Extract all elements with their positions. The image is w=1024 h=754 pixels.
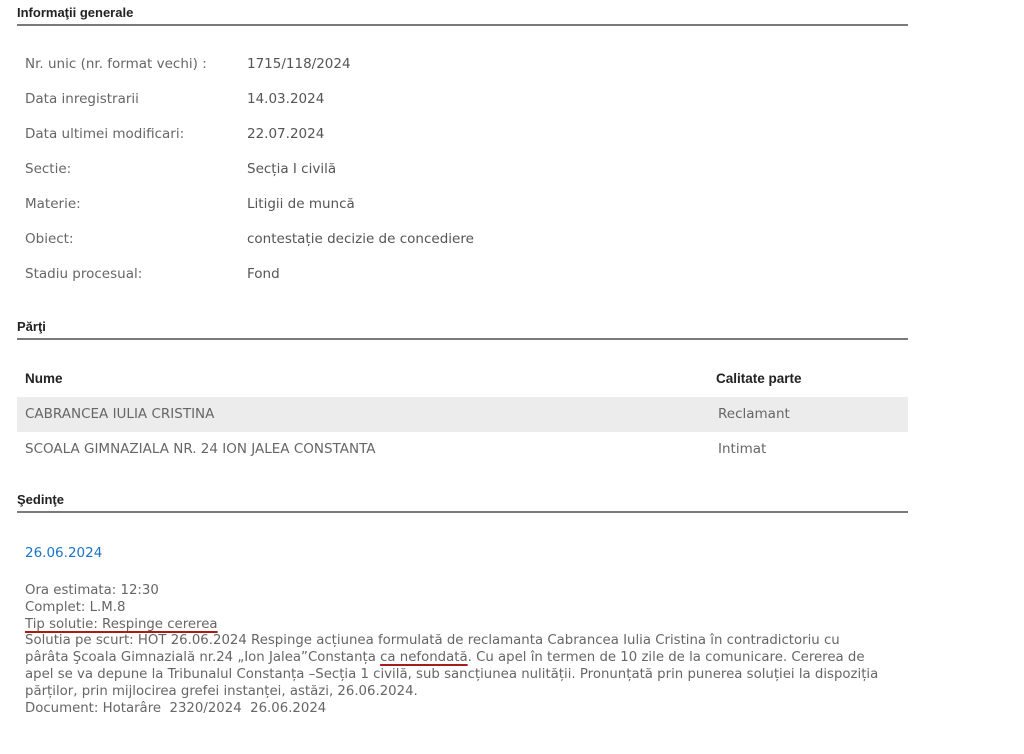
info-value: 14.03.2024 bbox=[247, 91, 324, 107]
info-label: Data inregistrarii bbox=[25, 91, 139, 107]
section-title-parti: Părţi bbox=[17, 319, 908, 340]
document: Document: Hotarâre 2320/2024 26.06.2024 bbox=[25, 701, 885, 718]
ora-estimata: Ora estimata: 12:30 bbox=[25, 583, 885, 600]
info-label: Obiect: bbox=[25, 231, 74, 247]
info-value: 22.07.2024 bbox=[247, 126, 324, 142]
section-title-sedinte: Şedinţe bbox=[17, 492, 908, 513]
section-title-general: Informaţii generale bbox=[17, 5, 908, 26]
info-value: Secția I civilă bbox=[247, 161, 336, 177]
info-value: contestație decizie de concediere bbox=[247, 231, 474, 247]
info-value: Litigii de muncă bbox=[247, 196, 355, 212]
info-label: Materie: bbox=[25, 196, 81, 212]
party-name: SCOALA GIMNAZIALA NR. 24 ION JALEA CONST… bbox=[25, 441, 376, 457]
column-header-nume: Nume bbox=[25, 371, 63, 386]
solutia-text-marked: ca nefondată bbox=[380, 650, 468, 665]
solutia-pe-scurt: Solutia pe scurt: HOT 26.06.2024 Resping… bbox=[25, 633, 885, 700]
table-row: CABRANCEA IULIA CRISTINA Reclamant bbox=[17, 397, 908, 432]
hearing-date-link[interactable]: 26.06.2024 bbox=[25, 545, 102, 561]
party-name: CABRANCEA IULIA CRISTINA bbox=[25, 406, 214, 422]
hearing-details: Ora estimata: 12:30 Complet: L.M.8 Tip s… bbox=[25, 583, 885, 717]
info-label: Sectie: bbox=[25, 161, 71, 177]
info-label: Stadiu procesual: bbox=[25, 266, 142, 282]
info-value: Fond bbox=[247, 266, 280, 282]
table-row: SCOALA GIMNAZIALA NR. 24 ION JALEA CONST… bbox=[17, 432, 908, 467]
info-label: Data ultimei modificari: bbox=[25, 126, 184, 142]
column-header-calitate: Calitate parte bbox=[716, 371, 802, 386]
party-role: Intimat bbox=[718, 441, 766, 457]
tip-solutie: Tip solutie: Respinge cererea bbox=[25, 617, 885, 634]
party-role: Reclamant bbox=[718, 406, 790, 422]
info-label: Nr. unic (nr. format vechi) : bbox=[25, 56, 207, 72]
complet: Complet: L.M.8 bbox=[25, 600, 885, 617]
tip-solutie-text: Tip solutie: Respinge cererea bbox=[25, 617, 218, 632]
info-value: 1715/118/2024 bbox=[247, 56, 351, 72]
